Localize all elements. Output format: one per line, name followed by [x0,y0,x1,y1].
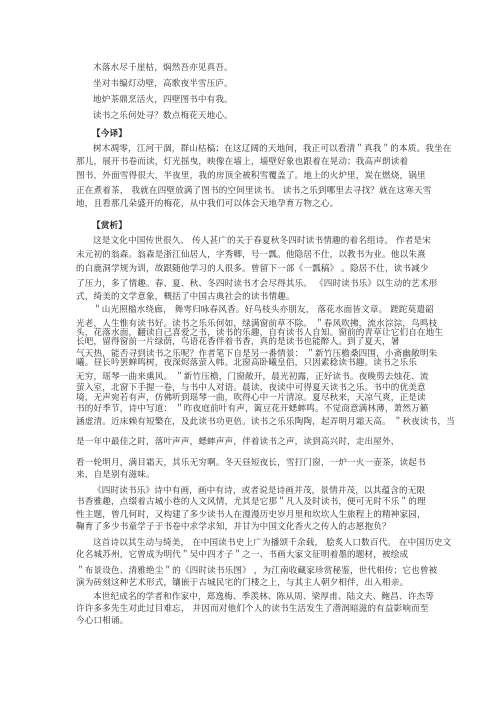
appreciation-line: 式，绮美的文学意象，概括了中国古典社会的读书情趣。 [76,292,295,303]
poem-line: 读书之乐何处寻？数点梅花天地心。 [93,111,233,122]
poem-line: 地炉茶鼎烹活火，四壁图书中有我。 [93,95,233,106]
appreciation-line: 这是文化中国传世很久、 传人甚广的关于春夏秋冬四时读书情趣的着名组诗。 作者是宋 [93,236,431,247]
translation-line: 正在煮着茶， 我就在四壁放满了图书的空间里读书。 读书之乐到哪里去寻找？就在这寒… [76,186,432,197]
poem-line: 木落水尽千崖枯，焖然吾亦见真吾。 [93,63,233,74]
appreciation-line: 书香雅趣，点缀着古城小巷的人文风情，尤其是它那＂凡人及时读书，便可无时不乐＂的理 [76,497,426,508]
appreciation-line: 境，无声宛若有声，仿佛听到瑶琴一曲，吹得心中一片清凉。夏尽秋来，天凉气爽，正是读 [76,393,426,404]
appreciation-line: ＂布景设色、清雅绝尘＂的《四时读书乐图》 ，为江南收藏家珍赏秘鉴，世代相传；它也… [76,566,437,577]
appreciation-line: 涵虚清。近床赖有短檠在，及此读书功更倍。读书之乐乐陶陶，起弄明月霜天高。 ＂秋夜… [76,417,455,428]
translation-line: 那儿，展开书卷而读，灯光摇曳，映像在墙上，墙壁好象也跟着在晃动；我高声朗读着 [76,157,408,168]
appreciation-line: 书的好季节，诗中写道： ＂昨夜庭前叶有声，篱豆花开蟋蟀鸣。不觉商意满林薄，萧然万… [76,404,429,415]
appreciation-line: 这首诗以其生动与绮美， 在中国读书史上广为播颂千余载， 脍炙人口数百代。 在中国… [93,538,451,549]
appreciation-line: 长吧，留得窗前一片绿荫，鸟语花香伴着书香，真的是读书也能醉人。到了夏天，暑 [76,337,400,348]
appreciation-line: 化名城苏州，它曾成为明代＂吴中四才子＂之一、书画大家文征明着墨的题材，被绘成 [76,550,408,561]
appreciation-line: 了压力，多了情趣。春、夏、秋、冬四时读书才会尽得其乐。 《四时读书乐》以生动的艺… [76,279,437,290]
appreciation-line: 性主题，曾几何时，又构建了多少读书人在漫漫历史岁月里和坎坎人生旅程上的精神家园， [76,510,426,521]
appreciation-line: 许许多多先生对此过目难忘， 并因而对他们个人的读书生活发生了潜润暗滋的有益影响而… [76,604,429,615]
appreciation-line: 本世纪成名的学者和作家中，郑逸梅、季羡林、陈从周、梁厚甫、陆文夫、鲍昌、许杰等 [93,592,434,603]
translation-line: 地，且看那几朵盛开的梅花，从中我们可以体会天地孕育万物之心。 [76,199,338,210]
appreciation-line: 末元初的翁森。翁森是浙江仙居人，字秀卿，号一瓢。他隐居不仕，以教书为业。他以朱熹 [76,250,426,261]
appreciation-line: 是一年中最佳之时，落叶声声，蟋蟀声声，伴着读书之声，读到高兴时，走出屋外， [76,437,400,448]
appreciation-line: 演为砖刻这种艺术形式，镶嵌于古城民宅的门楼之上，与其主人朝夕相伴，出入相亲。 [76,578,408,589]
poem-line: 坐对韦编灯动壁，高歌夜半雪压庐。 [93,79,233,90]
appreciation-line: 今心口相诵。 [76,616,128,627]
translation-heading: 【今译】 [92,129,127,140]
appreciation-line: 鞠育了多少书童学子于书卷中求学求知，并甘为中国文化香火之传人的志愿抱负？ [76,522,391,533]
appreciation-line: 无穷，瑶琴一曲来熏风。 ＂新竹压檐，门窗敞开，晨光初露，正好读书。夜晚剪去烛花、… [76,372,429,383]
appreciation-line: 曦。昼长吟罢蝉鸣树，夜深烬落萤入帏。北窗高卧曦皇侣，只因素稔读书趣。读书之乐乐 [76,358,417,369]
appreciation-line: ＂山光照槛水绕廊， 舞雩归咏春风香。好鸟枝头亦朋友， 落花水面皆文章。 蹉跎莫遣… [93,305,434,316]
translation-line: 树木凋零，江河干涸，群山枯槁；在这辽阔的天地间，我正可以看清＂真我＂的本质。我坐… [93,144,452,155]
appreciation-line: 来，自是别有滋味。 [76,470,155,481]
appreciation-line: 的白鹿洞学规为训，故跟随他学习的人很多。曾留下一部《一瓢稿》 。隐居不仕，读书减… [76,264,429,275]
appreciation-line: 看一轮明月，满目霜天，其乐无穷啊。冬天昼短夜长，雪打门窗，一炉一火一壶茶，读起书 [76,458,426,469]
appreciation-line: 《四时读书乐》诗中有画，画中有诗，或者说是诗画并茂，景情并茂，以其蕴含的无限 [93,486,425,497]
appreciation-heading: 【赏析】 [92,221,127,232]
translation-line: 图书，外面雪得很大，半夜里，我的房顶全被积雪覆盖了。地上的火炉里，炭在燃烧，锅里 [76,171,426,182]
